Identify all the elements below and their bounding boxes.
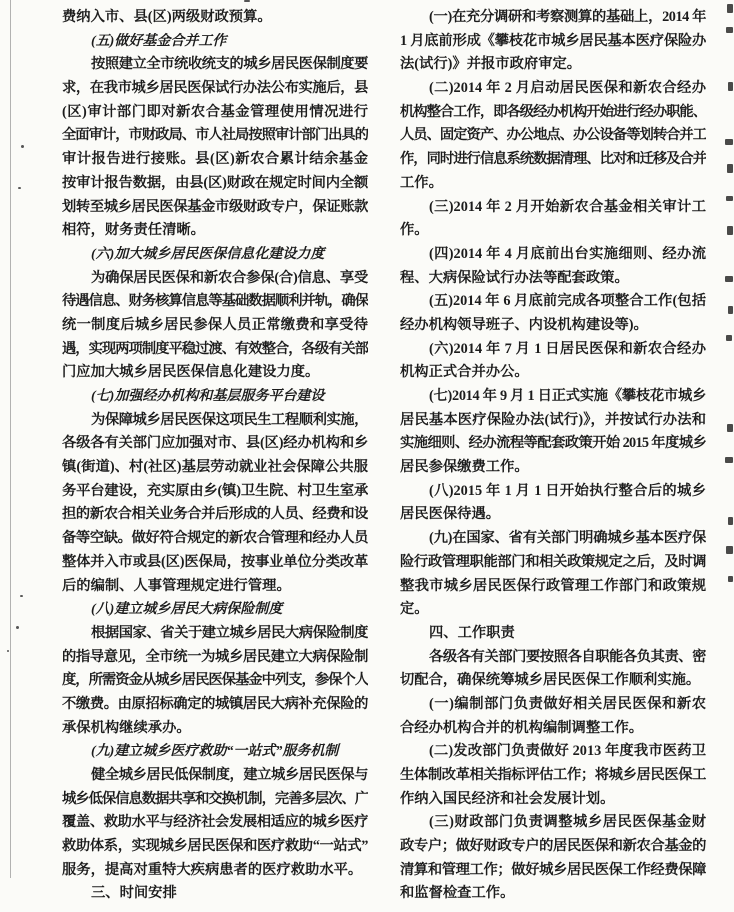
- page-edge-fragment: [727, 424, 733, 432]
- left-column: 费纳入市、县(区)两级财政预算。(五)做好基金合并工作按照建立全市统收统支的城乡…: [62, 6, 368, 906]
- text-line: 服务，提高对重特大疾病患者的医疗救助水平。: [62, 859, 368, 883]
- text-line: 政专户；做好财政专户的居民医保和新农合基金的: [400, 835, 706, 859]
- text-line: 经办机构领导班子、内设机构建设等)。: [400, 314, 706, 338]
- section-heading: (八)建立城乡居民大病保险制度: [62, 598, 368, 622]
- text-line: 各级各有关部门要按照各自职能各负其责、密: [400, 646, 706, 670]
- text-line: 划转至城乡居民医保基金市级财政专户，保证账款: [62, 196, 368, 220]
- text-line: 承保机构继续承办。: [62, 717, 368, 741]
- text-line: 统一制度后城乡居民参保人员正常缴费和享受待: [62, 314, 368, 338]
- text-line: 的指导意见，全市统一为城乡居民建立大病保险制: [62, 646, 368, 670]
- section-heading: (九)建立城乡医疗救助“一站式”服务机制: [62, 740, 368, 764]
- page-edge-fragment: [727, 226, 733, 235]
- text-line: 生体制改革相关指标评估工作；将城乡居民医保工: [400, 764, 706, 788]
- text-line: 城乡低保信息数据共享和交换机制，完善多层次、广: [62, 788, 368, 812]
- text-line: 为确保居民医保和新农合参保(合)信息、享受: [62, 267, 368, 291]
- page-edge-fragment: [728, 82, 733, 91]
- scan-speck: [7, 650, 9, 652]
- text-line: 覆盖、救助水平与经济社会发展相适应的城乡医疗: [62, 811, 368, 835]
- text-line: 各级各有关部门应加强对市、县(区)经办机构和乡: [62, 432, 368, 456]
- text-line: 居民基本医疗保险办法(试行)》，并按试行办法和: [400, 409, 706, 433]
- text-line: 救助体系，实现城乡居民医保和医疗救助“一站式”: [62, 835, 368, 859]
- text-line: 险行政管理职能部门和相关政策规定之后，及时调: [400, 551, 706, 575]
- page-edge-fragment: [728, 517, 733, 525]
- text-line: 全面审计，市财政局、市人社局按照审计部门出具的: [62, 124, 368, 148]
- text-line: 居民参保缴费工作。: [400, 456, 706, 480]
- text-line: (一)在充分调研和考察测算的基础上，2014 年: [400, 6, 706, 30]
- text-line: (二)2014 年 2 月启动居民医保和新农合经办: [400, 77, 706, 101]
- page-edge-fragment: [725, 276, 733, 282]
- scan-speck: [244, 0, 250, 2]
- text-line: 相符，财务责任清晰。: [62, 219, 368, 243]
- text-line: 门应加大城乡居民医保信息化建设力度。: [62, 361, 368, 385]
- scan-binding-line: [10, 0, 11, 878]
- text-line: (四)2014 年 4 月底前出台实施细则、经办流: [400, 243, 706, 267]
- text-line: 1 月底前形成《攀枝花市城乡居民基本医疗保险办: [400, 30, 706, 54]
- text-line: (九)在国家、省有关部门明确城乡基本医疗保: [400, 527, 706, 551]
- text-line: (八)2015 年 1 月 1 日开始执行整合后的城乡: [400, 480, 706, 504]
- section-heading: (七)加强经办机构和基层服务平台建设: [62, 385, 368, 409]
- text-line: 合经办机构合并的机构编制调整工作。: [400, 717, 706, 741]
- text-line: (区)审计部门即对新农合基金管理使用情况进行: [62, 101, 368, 125]
- text-line: (三)财政部门负责调整城乡居民医保基金财: [400, 811, 706, 835]
- text-line: (二)发改部门负责做好 2013 年度我市医药卫: [400, 740, 706, 764]
- text-line: 居民医保待遇。: [400, 503, 706, 527]
- text-line: 法(试行)》并报市政府审定。: [400, 53, 706, 77]
- text-line: 工作。: [400, 172, 706, 196]
- section-heading: (五)做好基金合并工作: [62, 30, 368, 54]
- text-line: 度，所需资金从城乡居民医保基金中列支，参保个人: [62, 669, 368, 693]
- text-line: (五)2014 年 6 月底前完成各项整合工作(包括: [400, 290, 706, 314]
- text-line: (一)编制部门负责做好相关居民医保和新农: [400, 693, 706, 717]
- page-edge-fragment: [726, 546, 733, 554]
- scan-speck: [18, 187, 21, 189]
- text-line: 清算和管理工作；做好城乡居民医保工作经费保障: [400, 859, 706, 883]
- text-line: 根据国家、省关于建立城乡居民大病保险制度: [62, 622, 368, 646]
- section-heading: 三、时间安排: [62, 882, 368, 906]
- text-line: 程、大病保险试行办法等配套政策。: [400, 267, 706, 291]
- text-line: 审计报告进行接账。县(区)新农合累计结余基金: [62, 148, 368, 172]
- text-line: 遇，实现两项制度平稳过渡、有效整合，各级有关部: [62, 338, 368, 362]
- text-line: 机构整合工作，即各级经办机构开始进行经办职能、: [400, 101, 706, 125]
- text-line: 切配合，确保统筹城乡居民医保工作顺利实施。: [400, 669, 706, 693]
- right-column: (一)在充分调研和考察测算的基础上，2014 年1 月底前形成《攀枝花市城乡居民…: [400, 6, 706, 906]
- text-line: 为保障城乡居民医保这项民生工程顺利实施，: [62, 409, 368, 433]
- text-line: 机构正式合并办公。: [400, 361, 706, 385]
- page-edge-fragment: [725, 139, 733, 145]
- scan-speck: [20, 595, 23, 597]
- scanned-document-page: 费纳入市、县(区)两级财政预算。(五)做好基金合并工作按照建立全市统收统支的城乡…: [0, 0, 734, 912]
- text-line: 后的编制、人事管理规定进行管理。: [62, 575, 368, 599]
- text-line: (六)2014 年 7 月 1 日居民医保和新农合经办: [400, 338, 706, 362]
- text-line: 镇(街道)、村(社区)基层劳动就业社会保障公共服: [62, 456, 368, 480]
- page-edge-fragment: [726, 335, 732, 341]
- text-line: (三)2014 年 2 月开始新农合基金相关审计工: [400, 196, 706, 220]
- text-line: 待遇信息、财务核算信息等基础数据顺利并轨，确保: [62, 290, 368, 314]
- text-line: (七)2014 年 9 月 1 日正式实施《攀枝花市城乡: [400, 385, 706, 409]
- scan-speck: [16, 626, 19, 629]
- text-line: 整我市城乡居民医保行政管理工作部门和政策规: [400, 575, 706, 599]
- text-line: 作纳入国民经济和社会发展计划。: [400, 788, 706, 812]
- text-line: 求，在我市城乡居民医保试行办法公布实施后，县: [62, 77, 368, 101]
- text-line: 担的新农合相关业务合并后形成的人员、经费和设: [62, 503, 368, 527]
- page-edge-fragment: [727, 4, 733, 13]
- page-edge-fragment: [727, 164, 733, 173]
- text-line: 和监督检查工作。: [400, 882, 706, 906]
- text-line: 人员、固定资产、办公地点、办公设备等划转合并工: [400, 124, 706, 148]
- text-line: 实施细则、经办流程等配套政策开始 2015 年度城乡: [400, 432, 706, 456]
- text-line: 作。: [400, 219, 706, 243]
- text-line: 健全城乡居民低保制度，建立城乡居民医保与: [62, 764, 368, 788]
- text-line: 整体并入市或县(区)医保局，按事业单位分类改革: [62, 551, 368, 575]
- text-line: 不缴费。由原招标确定的城镇居民大病补充保险的: [62, 693, 368, 717]
- section-heading: 四、工作职责: [400, 622, 706, 646]
- text-line: 备等空缺。做好符合规定的新农合管理和经办人员: [62, 527, 368, 551]
- page-edge-fragment: [728, 576, 733, 582]
- text-line: 务平台建设，充实原由乡(镇)卫生院、村卫生室承: [62, 480, 368, 504]
- text-line: 按审计报告数据，由县(区)财政在规定时间内全额: [62, 172, 368, 196]
- section-heading: (六)加大城乡居民医保信息化建设力度: [62, 243, 368, 267]
- text-line: 费纳入市、县(区)两级财政预算。: [62, 6, 368, 30]
- page-edge-fragment: [725, 457, 733, 463]
- page-edge-fragment: [728, 306, 733, 314]
- scan-speck: [21, 145, 24, 148]
- text-line: 定。: [400, 598, 706, 622]
- text-line: 作，同时进行信息系统数据清理、比对和迁移及合并: [400, 148, 706, 172]
- page-edge-fragment: [726, 27, 733, 33]
- page-edge-fragment: [726, 196, 733, 201]
- text-line: 按照建立全市统收统支的城乡居民医保制度要: [62, 53, 368, 77]
